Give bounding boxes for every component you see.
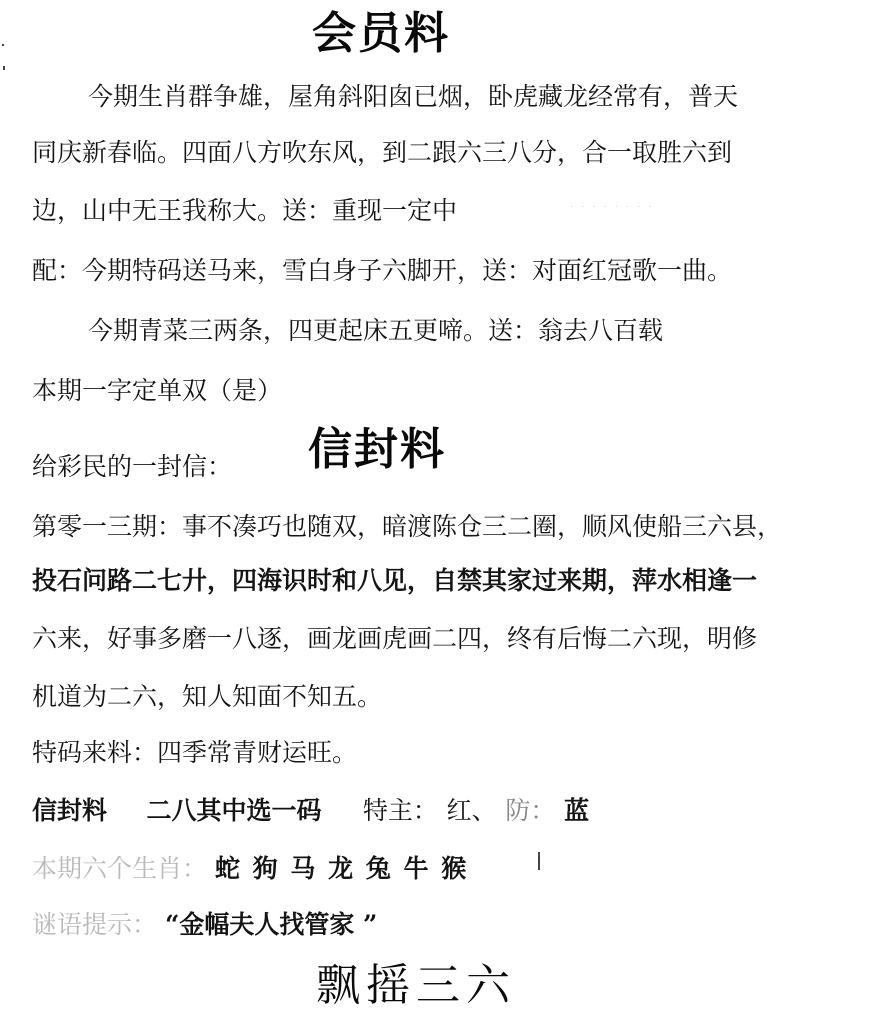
summary-pick: 二八其中选一码 <box>146 796 321 825</box>
main-value: 红、 <box>447 796 497 825</box>
body-line: 六来，好事多磨一八逐，画龙画虎画二四，终有后悔二六现，明修 <box>32 626 757 651</box>
main-label: 特主： <box>363 796 438 825</box>
riddle-line: 谜语提示： “金幅夫人找管家 ” <box>32 912 377 937</box>
zodiac-values: 蛇 狗 马 龙 兔 牛 猴 <box>215 854 468 883</box>
guard-value: 蓝 <box>564 796 589 825</box>
faint-dots: ········ <box>570 202 659 213</box>
letter-intro: 给彩民的一封信： <box>32 454 232 479</box>
summary-line: 信封料 二八其中选一码 特主： 红、 防： 蓝 <box>32 798 589 823</box>
riddle-label: 谜语提示： <box>32 910 157 939</box>
body-line: 边，山中无王我称大。送：重现一定中 <box>32 198 457 223</box>
scan-speck <box>3 66 5 70</box>
body-line: 本期一字定单双（是） <box>32 378 282 403</box>
body-line: 第零一三期：事不凑巧也随双，暗渡陈仓三二圈，顺风使船三六县， <box>32 514 782 539</box>
section-title-bottom: 飘摇三六 <box>316 964 516 1008</box>
body-line: 今期青菜三两条，四更起床五更啼。送：翁去八百载 <box>88 318 663 343</box>
section-title-member: 会员料 <box>312 12 450 56</box>
body-line: 特码来料：四季常青财运旺。 <box>32 740 357 765</box>
body-line: 同庆新春临。四面八方吹东风，到二跟六三八分，合一取胜六到 <box>32 140 732 165</box>
stray-mark <box>538 852 540 870</box>
scan-speck <box>2 44 4 46</box>
zodiac-line: 本期六个生肖： 蛇 狗 马 龙 兔 牛 猴 <box>32 856 468 881</box>
zodiac-label: 本期六个生肖： <box>32 854 207 883</box>
section-title-envelope: 信封料 <box>308 428 446 472</box>
body-line: 机道为二六，知人知面不知五。 <box>32 684 382 709</box>
summary-label: 信封料 <box>32 796 107 825</box>
riddle-value: “金幅夫人找管家 ” <box>165 910 377 939</box>
body-line: 配：今期特码送马来，雪白身子六脚开，送：对面红冠歌一曲。 <box>32 258 732 283</box>
guard-label: 防： <box>505 796 555 825</box>
body-line: 投石问路二七廾，四海识时和八见，自禁其家过来期，萍水相逢一 <box>32 568 757 593</box>
body-line: 今期生肖群争雄，屋角斜阳囱已烟，卧虎藏龙经常有，普天 <box>88 84 738 109</box>
